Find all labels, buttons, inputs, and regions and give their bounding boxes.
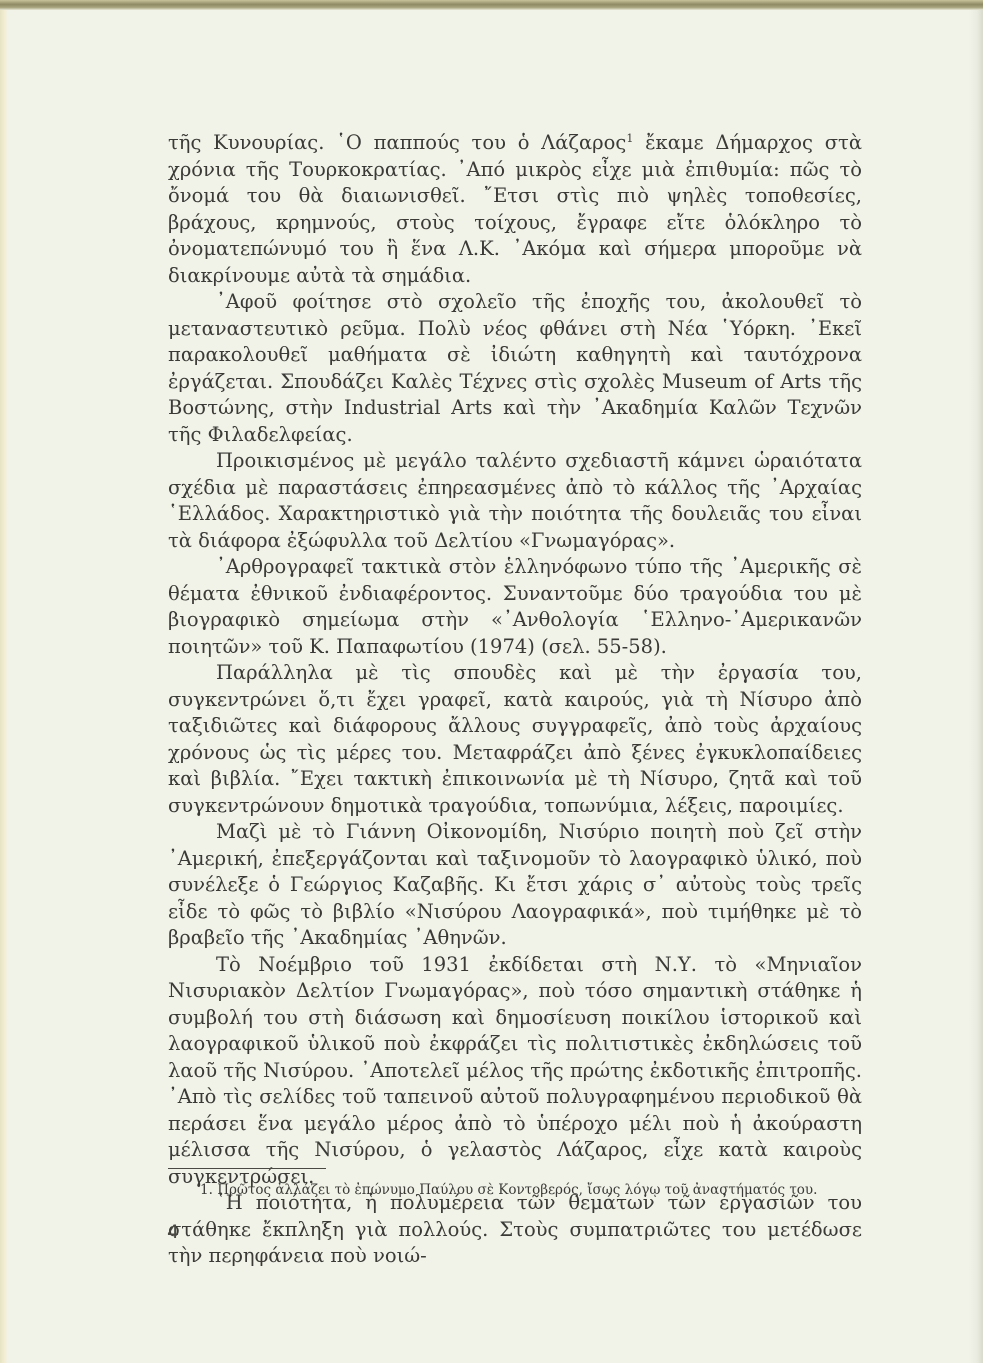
footnote-number: 1. — [200, 1182, 213, 1198]
paragraph-3: Προικισμένος μὲ μεγάλο ταλέντο σχεδιαστῆ… — [168, 448, 862, 554]
page-top-edge-shadow — [0, 0, 983, 10]
paragraph-1: τῆς Κυνουρίας. ῾Ο παππούς του ὁ Λάζαρος1… — [168, 130, 862, 289]
footnote-divider — [168, 1168, 326, 1169]
footnote: 1. Πρῶτος ἀλλάζει τὸ ἐπώνυμο Παύλου σὲ Κ… — [200, 1180, 900, 1200]
paragraph-8: ῾Η ποιότητα, ἡ πολυμέρεια τῶν θεμάτων τῶ… — [168, 1190, 862, 1270]
page-right-edge — [969, 10, 983, 1363]
paragraph-2: ᾿Αφοῦ φοίτησε στὸ σχολεῖο τῆς ἐποχῆς του… — [168, 289, 862, 448]
body-text: τῆς Κυνουρίας. ῾Ο παππούς του ὁ Λάζαρος1… — [168, 130, 862, 1270]
book-page: τῆς Κυνουρίας. ῾Ο παππούς του ὁ Λάζαρος1… — [0, 0, 983, 1363]
paragraph-7: Τὸ Νοέμβριο τοῦ 1931 ἐκδίδεται στὴ Ν.Υ. … — [168, 952, 862, 1191]
footnote-text: Πρῶτος ἀλλάζει τὸ ἐπώνυμο Παύλου σὲ Κοντ… — [217, 1182, 817, 1198]
page-left-edge — [0, 10, 8, 1363]
paragraph-6: Μαζὶ μὲ τὸ Γιάννη Οἰκονομίδη, Νισύριο πο… — [168, 819, 862, 952]
paragraph-4: ᾿Αρθρογραφεῖ τακτικὰ στὸν ἑλληνόφωνο τύπ… — [168, 554, 862, 660]
page-number: 4 — [167, 1221, 179, 1243]
paragraph-1-text-end: ἔκαμε Δήμαρχος στὰ χρόνια τῆς Τουρκοκρατ… — [168, 131, 862, 287]
paragraph-5: Παράλληλα μὲ τὶς σπουδὲς καὶ μὲ τὴν ἐργα… — [168, 660, 862, 819]
paragraph-1-text-start: τῆς Κυνουρίας. ῾Ο παππούς του ὁ Λάζαρος — [168, 131, 626, 154]
